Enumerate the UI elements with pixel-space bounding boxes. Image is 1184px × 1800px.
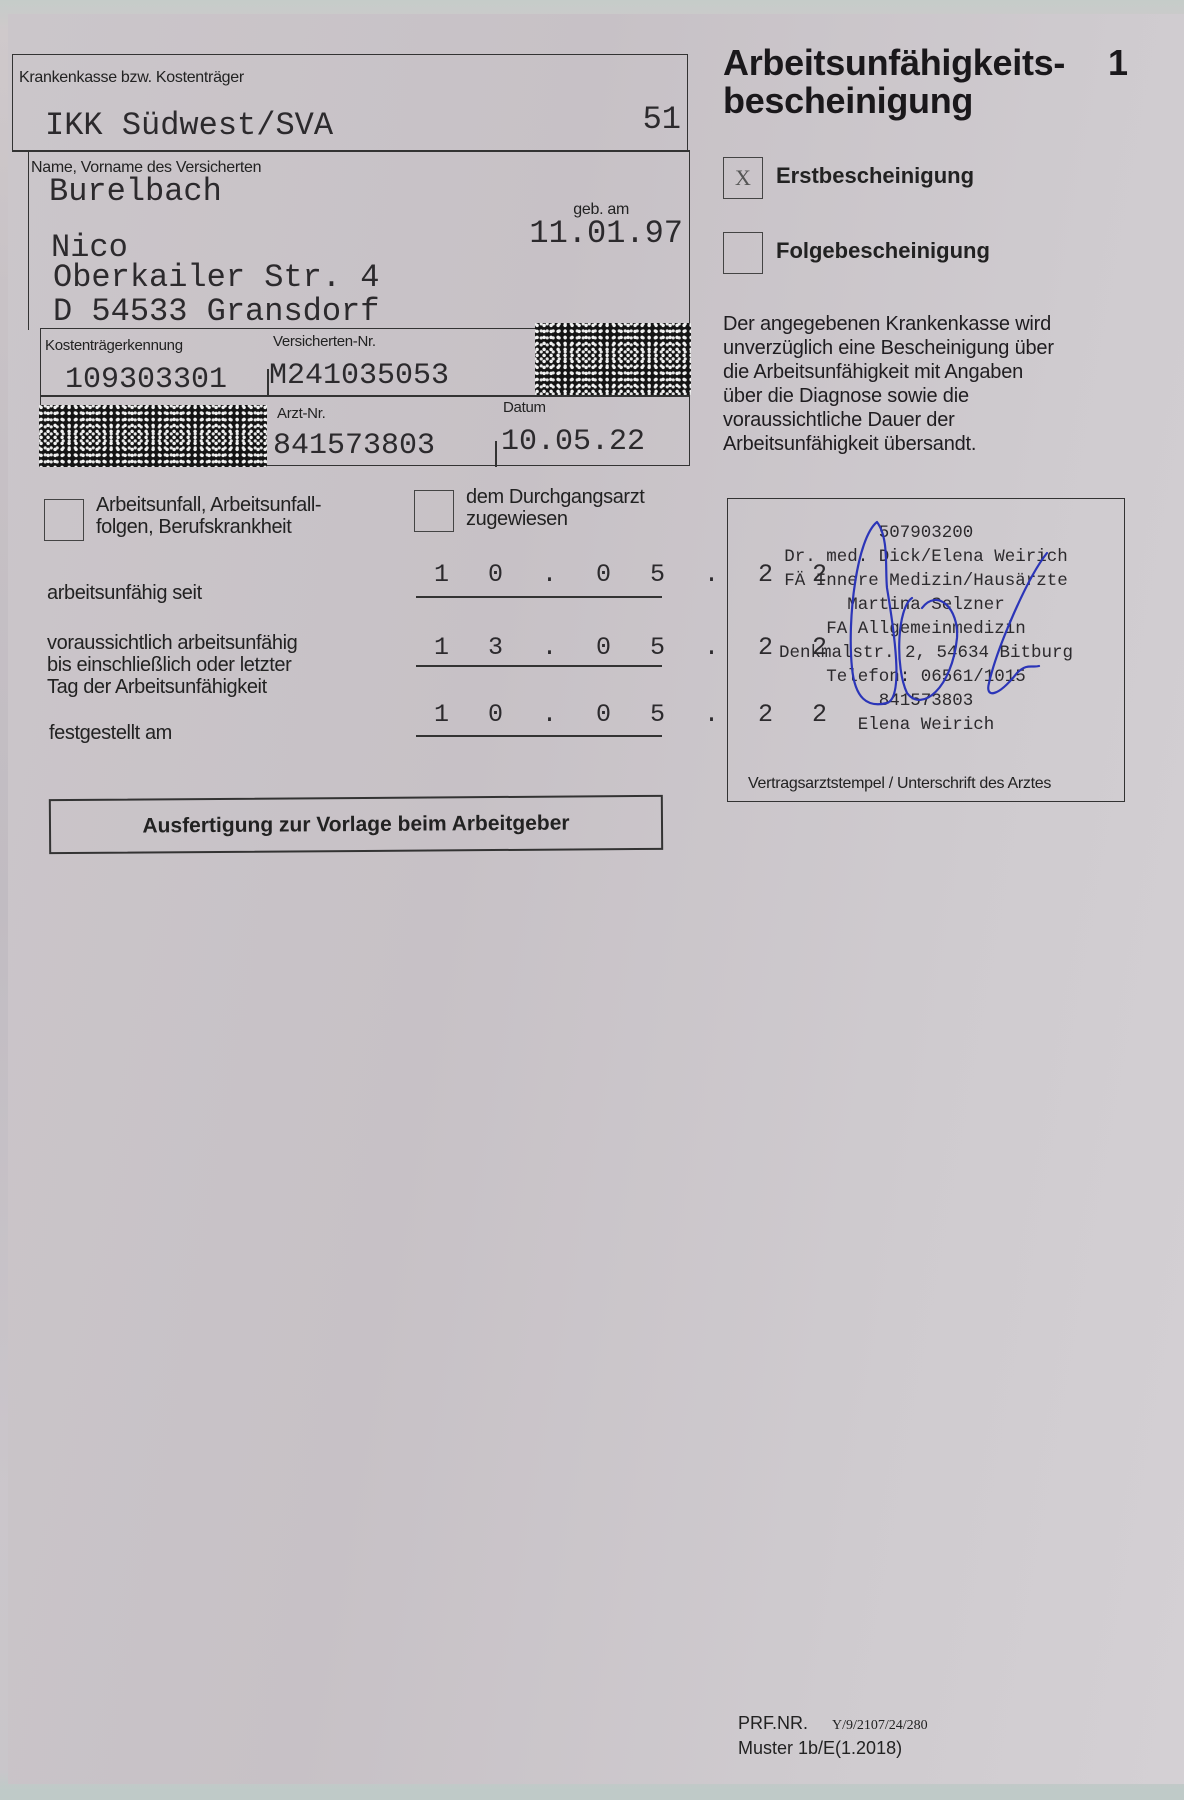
- determined-date-line: [416, 735, 662, 737]
- info-text: Der angegebenen Krankenkasse wird unverz…: [723, 312, 1054, 456]
- doctor-no-label: Arzt-Nr.: [277, 405, 325, 422]
- form-title-line1: Arbeitsunfähigkeits-: [723, 44, 1065, 82]
- barcode-pattern: [535, 323, 691, 395]
- until-label: voraussichtlich arbeitsunfähig bis einsc…: [47, 632, 297, 698]
- durchgangsarzt-label: dem Durchgangsarzt zugewiesen: [466, 486, 644, 530]
- prf-label: PRF.NR.: [738, 1713, 808, 1733]
- form-title-line2: bescheinigung: [723, 82, 973, 120]
- insured-section: Name, Vorname des Versicherten Burelbach…: [28, 150, 690, 330]
- insurer-name: IKK Südwest/SVA: [45, 107, 333, 144]
- date-label: Datum: [503, 399, 546, 416]
- insurer-section: Krankenkasse bzw. Kostenträger IKK Südwe…: [12, 54, 688, 152]
- stamp-caption: Vertragsarztstempel / Unterschrift des A…: [748, 775, 1051, 793]
- follow-up-certificate-checkbox[interactable]: [723, 232, 763, 274]
- insurer-code: 51: [643, 101, 681, 138]
- insurer-label: Krankenkasse bzw. Kostenträger: [19, 69, 244, 87]
- work-accident-label: Arbeitsunfall, Arbeitsunfall- folgen, Be…: [96, 494, 321, 538]
- barcode-pattern: [39, 405, 267, 467]
- insured-street: Oberkailer Str. 4: [53, 259, 379, 296]
- ids-section: Kostenträgerkennung 109303301 Versichert…: [40, 328, 690, 466]
- since-date-line: [416, 596, 662, 598]
- issue-date: 10.05.22: [501, 425, 645, 459]
- doctor-no: 841573803: [273, 429, 435, 463]
- insured-no-label: Versicherten-Nr.: [273, 333, 376, 350]
- until-date-line: [416, 665, 662, 667]
- stamp-text: 507903200 Dr. med. Dick/Elena Weirich FÄ…: [728, 521, 1124, 737]
- divider: [495, 441, 497, 467]
- durchgangsarzt-checkbox[interactable]: [414, 490, 454, 532]
- form-model: Muster 1b/E(1.2018): [738, 1737, 928, 1759]
- insured-last-name: Burelbach: [49, 173, 222, 210]
- first-certificate-checkbox[interactable]: X: [723, 157, 763, 199]
- insurer-id: 109303301: [65, 363, 227, 397]
- doctor-stamp: 507903200 Dr. med. Dick/Elena Weirich FÄ…: [727, 498, 1125, 802]
- insured-city: D 54533 Gransdorf: [53, 293, 379, 330]
- follow-up-certificate-label: Folgebescheinigung: [776, 238, 990, 264]
- prf-value: Y/9/2107/24/280: [832, 1718, 928, 1733]
- copy-number: 1: [1108, 44, 1128, 82]
- first-certificate-label: Erstbescheinigung: [776, 163, 974, 189]
- employer-copy-note: Ausfertigung zur Vorlage beim Arbeitgebe…: [49, 795, 663, 854]
- form-footer: PRF.NR.Y/9/2107/24/280 Muster 1b/E(1.201…: [738, 1712, 928, 1759]
- insurer-id-label: Kostenträgerkennung: [45, 337, 183, 354]
- determined-label: festgestellt am: [49, 722, 172, 744]
- since-label: arbeitsunfähig seit: [47, 582, 202, 604]
- insured-no: M241035053: [269, 359, 449, 393]
- work-accident-checkbox[interactable]: [44, 499, 84, 541]
- birth-date: 11.01.97: [529, 215, 683, 252]
